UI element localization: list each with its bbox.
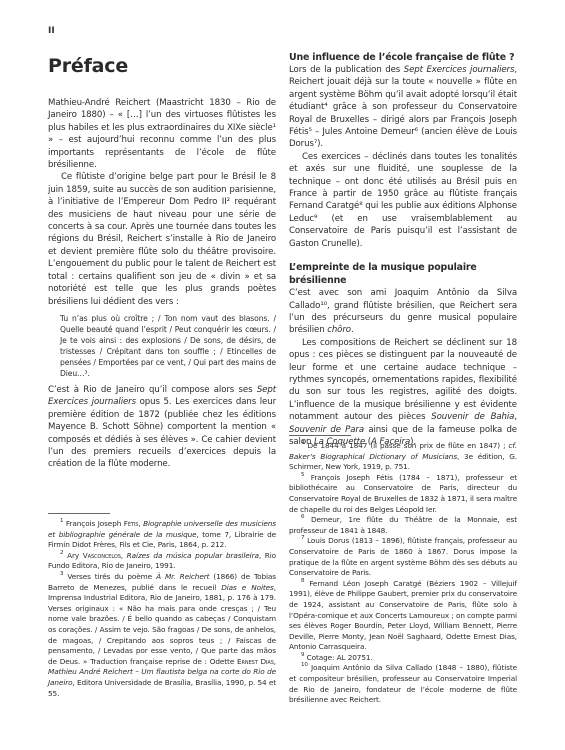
page-number: II <box>48 26 55 36</box>
footnotes-right: 4 De 1844 à 1847 (il passe son prix de f… <box>289 435 517 706</box>
section-heading-brazilian-music: L’empreinte de la musique populaire brés… <box>289 261 517 287</box>
footnote-1: 1 François Joseph Fétis, Biographie univ… <box>48 519 276 551</box>
footnote-8: 8 Fernand Léon Joseph Caratgé (Béziers 1… <box>289 579 517 653</box>
footnote-2: 2 Ary Vasconcelos, Raízes da música popu… <box>48 551 276 572</box>
left-column: Mathieu-André Reichert (Maastricht 1830 … <box>48 97 276 471</box>
paragraph-bohm-flute: Lors de la publication des Sept Exercice… <box>289 64 517 151</box>
page-title: Préface <box>48 55 128 77</box>
footnote-9: 9 Cotage: AL 20751. <box>289 653 517 664</box>
poem-quote: Tu n’as plus où croître ; / Ton nom vaut… <box>60 313 276 379</box>
footnote-6: 6 Demeur, 1re flûte du Théâtre de la Mon… <box>289 515 517 536</box>
footnote-divider <box>48 513 110 514</box>
paragraph-composition: C’est à Rio de Janeiro qu’il compose alo… <box>48 384 276 471</box>
paragraph-intro: Mathieu-André Reichert (Maastricht 1830 … <box>48 97 276 171</box>
right-column: Une influence de l’école française de fl… <box>289 51 517 448</box>
footnote-5: 5 François Joseph Fétis (1784 – 1871), p… <box>289 473 517 515</box>
paragraph-compositions: Les compositions de Reichert se déclinen… <box>289 337 517 449</box>
paragraph-exercises: Ces exercices – déclinés dans toutes les… <box>289 151 517 250</box>
footnote-7: 7 Louis Dorus (1813 – 1896), flûtiste fr… <box>289 536 517 578</box>
section-heading-french-influence: Une influence de l’école française de fl… <box>289 51 517 64</box>
paragraph-journey: Ce flûtiste d’origine belge part pour le… <box>48 171 276 307</box>
footnotes-left: 1 François Joseph Fétis, Biographie univ… <box>48 513 276 699</box>
footnote-4: 4 De 1844 à 1847 (il passe son prix de f… <box>289 441 517 473</box>
footnote-3: 3 Verses tirés du poème À Mr. Reichert (… <box>48 572 276 699</box>
footnote-divider <box>289 435 351 436</box>
paragraph-choro: C’est avec son ami Joaquim Antônio da Si… <box>289 287 517 337</box>
footnote-10: 10 Joaquim Antônio da Silva Callado (184… <box>289 663 517 705</box>
